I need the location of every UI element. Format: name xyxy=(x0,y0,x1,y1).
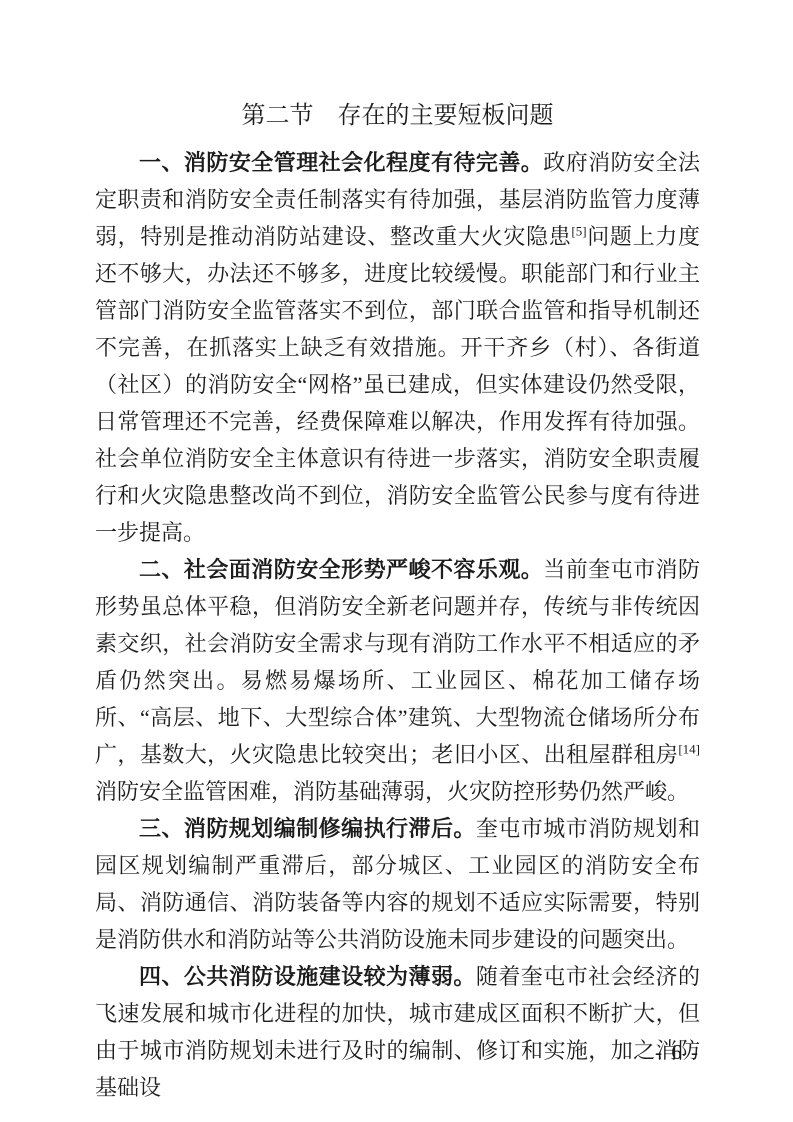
paragraph-2-text-continued: 消防安全监管困难，消防基础薄弱，火灾防控形势仍然严峻。 xyxy=(95,779,689,804)
paragraph-1-heading: 一、消防安全管理社会化程度有待完善。 xyxy=(139,150,543,175)
footnote-reference-14: [14] xyxy=(678,742,700,757)
section-title: 第二节 存在的主要短板问题 xyxy=(95,98,700,135)
page-number: - 6 - xyxy=(655,1040,700,1064)
document-page: 第二节 存在的主要短板问题 一、消防安全管理社会化程度有待完善。政府消防安全法定… xyxy=(0,0,793,1122)
paragraph-1-text-continued: 问题上力度还不够大，办法还不够多，进度比较缓慢。职能部门和行业主管部门消防安全监… xyxy=(95,224,700,545)
paragraph-3: 三、消防规划编制修编执行滞后。奎屯市城市消防规划和园区规划编制严重滞后，部分城区… xyxy=(95,810,700,958)
paragraph-1: 一、消防安全管理社会化程度有待完善。政府消防安全法定职责和消防安全责任制落实有待… xyxy=(95,144,700,551)
paragraph-4: 四、公共消防设施建设较为薄弱。随着奎屯市社会经济的飞速发展和城市化进程的加快，城… xyxy=(95,958,700,1106)
paragraph-4-heading: 四、公共消防设施建设较为薄弱。 xyxy=(139,964,476,989)
footnote-reference-5: [5] xyxy=(571,224,586,239)
paragraph-3-heading: 三、消防规划编制修编执行滞后。 xyxy=(139,816,476,841)
paragraph-2-text: 当前奎屯市消防形势虽总体平稳，但消防安全新老问题并存，传统与非传统因素交织，社会… xyxy=(95,557,700,767)
paragraph-2-heading: 二、社会面消防安全形势严峻不容乐观。 xyxy=(139,557,543,582)
paragraph-2: 二、社会面消防安全形势严峻不容乐观。当前奎屯市消防形势虽总体平稳，但消防安全新老… xyxy=(95,551,700,810)
